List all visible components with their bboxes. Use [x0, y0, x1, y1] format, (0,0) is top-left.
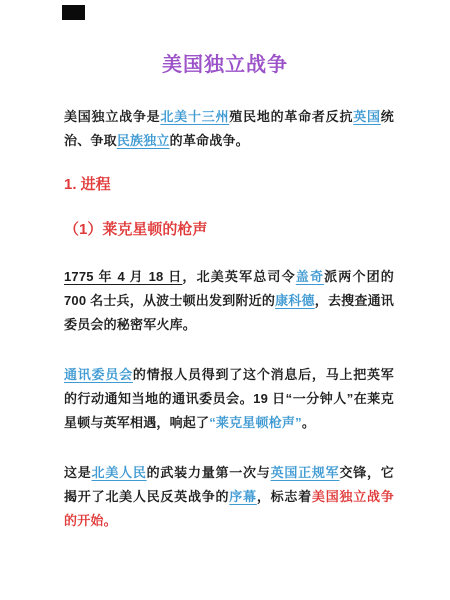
page-title: 美国独立战争	[0, 48, 450, 77]
wiki-link[interactable]: 序幕	[229, 489, 257, 504]
wiki-link[interactable]: 民族独立	[117, 133, 170, 148]
paragraph-gage-order: 1775 年 4 月 18 日，北美英军总司令盖奇派两个团的 700 名士兵，从…	[64, 265, 394, 337]
wiki-link[interactable]: 英国正规军	[271, 465, 340, 480]
text-run: ，北美英军总司令	[182, 269, 295, 284]
paragraph-committee-response: 通讯委员会的情报人员得到了这个消息后，马上把英军的行动通知当地的通讯委员会。19…	[64, 363, 394, 435]
wiki-link[interactable]: 通讯委员会	[64, 367, 133, 382]
redaction-mark	[62, 5, 85, 20]
underlined-date-text: 1775 年 4 月 18 日	[64, 269, 182, 284]
text-run: 这是	[64, 465, 92, 480]
wiki-link[interactable]: 盖奇	[296, 269, 324, 284]
subsection-heading: （1）莱克星顿的枪声	[64, 218, 394, 239]
section-heading: 1. 进程	[64, 173, 394, 194]
article-body: 美国独立战争是北美十三州殖民地的革命者反抗英国统治、争取民族独立的革命战争。 1…	[0, 105, 450, 533]
wiki-link[interactable]: 北美十三州	[160, 109, 229, 124]
text-run: 。	[302, 415, 315, 430]
paragraph-intro: 美国独立战争是北美十三州殖民地的革命者反抗英国统治、争取民族独立的革命战争。	[64, 105, 394, 153]
wiki-link-quoted[interactable]: “莱克星顿枪声”	[209, 415, 302, 430]
text-run: 的武装力量第一次与	[147, 465, 271, 480]
text-run: 美国独立战争是	[64, 109, 160, 124]
wiki-link[interactable]: 康科德	[275, 293, 315, 308]
text-run: ，标志着	[257, 489, 312, 504]
wiki-link[interactable]: 英国	[353, 109, 381, 124]
wiki-link[interactable]: 北美人民	[92, 465, 147, 480]
text-run: 殖民地的革命者反抗	[229, 109, 353, 124]
paragraph-significance: 这是北美人民的武装力量第一次与英国正规军交锋，它揭开了北美人民反英战争的序幕，标…	[64, 461, 394, 533]
text-run: 的革命战争。	[170, 133, 249, 148]
